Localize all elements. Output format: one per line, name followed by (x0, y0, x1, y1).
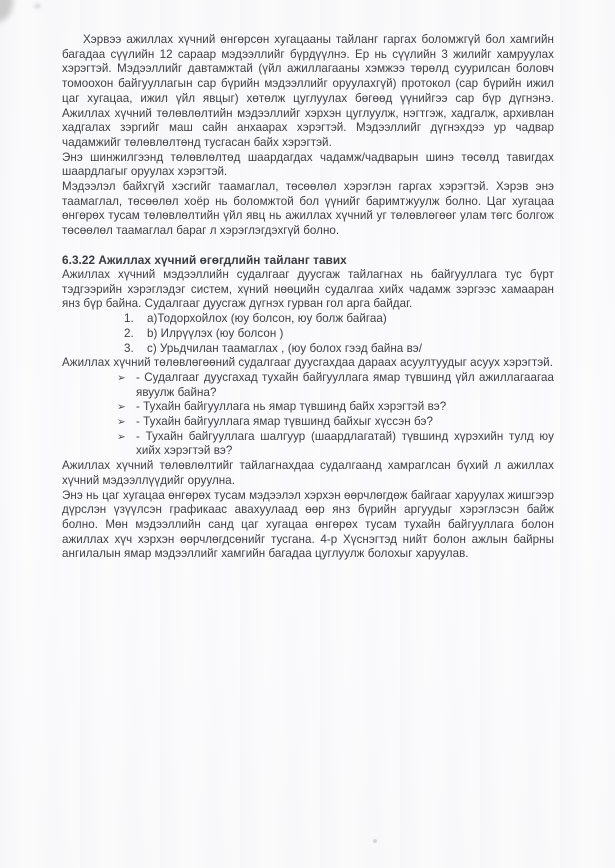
paragraph-reporting-period: Хэрвээ ажиллах хүчний өнгөрсөн хугацааны… (62, 33, 554, 151)
section-heading-6-3-22: 6.3.22 Ажиллах хүчний өгөгдлийн тайланг … (62, 253, 554, 268)
bullet-item-4: ➢ - Тухайн байгууллага шалгуур (шаардлаг… (62, 430, 554, 459)
document-body: Хэрвээ ажиллах хүчний өнгөрсөн хугацааны… (62, 33, 554, 562)
numbered-item-marker: 1. (124, 312, 147, 327)
arrow-bullet-icon: ➢ (117, 400, 136, 415)
numbered-item-text: c) Урьдчилан таамаглах , (юу болох гээд … (147, 342, 554, 357)
bullet-item-3: ➢ - Тухайн байгууллага ямар түвшинд байх… (62, 415, 554, 430)
bullet-item-2: ➢ - Тухайн байгууллага нь ямар түвшинд б… (62, 400, 554, 415)
numbered-item-text: а)Тодорхойлох (юу болсон, юу болж байгаа… (147, 312, 554, 327)
bullet-item-text: - Судалгааг дуусгахад тухайн байгууллага… (136, 371, 554, 400)
paragraph-questions-intro: Ажиллах хүчний төлөвлөгөөний судалгааг д… (62, 356, 554, 371)
scan-corner-artifact (0, 0, 13, 22)
numbered-list: 1. а)Тодорхойлох (юу болсон, юу болж бай… (62, 312, 554, 356)
scan-smudge-artifact (34, 4, 41, 8)
arrow-bullet-icon: ➢ (117, 430, 136, 459)
arrow-bullet-icon: ➢ (117, 371, 136, 400)
numbered-item-marker: 2. (124, 327, 147, 342)
numbered-item-2: 2. b) Илрүүлэх (юу болсон ) (62, 327, 554, 342)
question-bullet-list: ➢ - Судалгааг дуусгахад тухайн байгуулла… (62, 371, 554, 459)
paragraph-data-change-over-time: Энэ нь цаг хугацаа өнгөрөх тусам мэдээлэ… (62, 489, 554, 563)
bullet-item-text: - Тухайн байгууллага нь ямар түвшинд бай… (136, 400, 554, 415)
numbered-item-3: 3. c) Урьдчилан таамаглах , (юу болох гэ… (62, 342, 554, 357)
bullet-item-1: ➢ - Судалгааг дуусгахад тухайн байгуулла… (62, 371, 554, 400)
paragraph-section-intro: Ажиллах хүчний мэдээллийн судалгааг дуус… (62, 268, 554, 312)
scanned-document-page: Хэрвээ ажиллах хүчний өнгөрсөн хугацааны… (0, 0, 615, 868)
paragraph-assumptions: Мэдээлэл байхгүй хэсгийг таамаглал, төсө… (62, 180, 554, 239)
paragraph-reporting-scope: Ажиллах хүчний төлөвлөлтийг тайлагнахдаа… (62, 459, 554, 488)
numbered-item-1: 1. а)Тодорхойлох (юу болсон, юу болж бай… (62, 312, 554, 327)
arrow-bullet-icon: ➢ (117, 415, 136, 430)
numbered-item-text: b) Илрүүлэх (юу болсон ) (147, 327, 554, 342)
bullet-item-text: - Тухайн байгууллага ямар түвшинд байхыг… (136, 415, 554, 430)
numbered-item-marker: 3. (124, 342, 147, 357)
paragraph-analysis-requirements: Энэ шинжилгээнд төлөвлөлтөд шаардагдах ч… (62, 151, 554, 180)
bullet-item-text: - Тухайн байгууллага шалгуур (шаардлагат… (136, 430, 554, 459)
scan-dot-artifact (373, 839, 377, 843)
